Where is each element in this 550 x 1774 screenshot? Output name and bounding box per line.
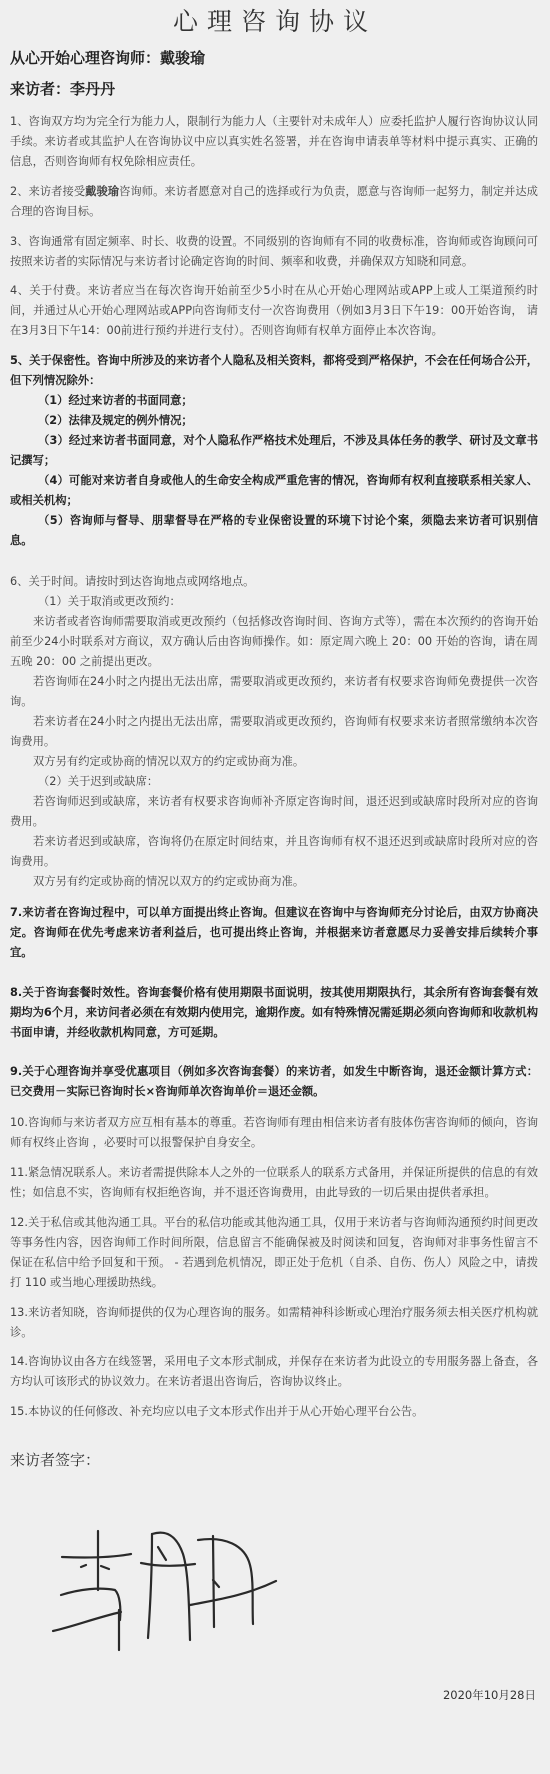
clause-9: 9.关于心理咨询并享受优惠项目（例如多次咨询套餐）的来访者，如发生中断咨询，退还… <box>10 1062 538 1102</box>
clause-14: 14.咨询协议由各方在线签署，采用电子文本形式制成，并保存在来访者为此设立的专用… <box>10 1352 538 1392</box>
clause-8: 8.关于咨询套餐时效性。咨询套餐价格有使用期限书面说明，按其使用期限执行，其余所… <box>10 983 538 1043</box>
clause-2-pre: 2、来访者接受 <box>10 185 85 198</box>
clause-15: 15.本协议的任何修改、补充均应以电子文本形式作出并于从心开始心理平台公告。 <box>10 1402 538 1422</box>
clause-5-item-3: （3）经过来访者书面同意，对个人隐私作严格技术处理后，不涉及具体任务的教学、研讨… <box>10 431 538 471</box>
clause-7: 7.来访者在咨询过程中，可以单方面提出终止咨询。但建议在咨询中与咨询师充分讨论后… <box>10 903 538 963</box>
counselor-name: 戴骏瑜 <box>85 185 119 198</box>
clause-1: 1、咨询双方均为完全行为能力人，限制行为能力人（主要针对未成年人）应委托监护人履… <box>10 112 538 172</box>
clause-6-sub1-para-1: 来访者或者咨询师需要取消或更改预约（包括修改咨询时间、咨询方式等），需在本次预约… <box>10 612 538 672</box>
clause-6: 6、关于时间。请按时到达咨询地点或网络地点。 <box>10 572 538 592</box>
clause-3: 3、咨询通常有固定频率、时长、收费的设置。不同级别的咨询师有不同的收费标准，咨询… <box>10 232 538 272</box>
clause-11: 11.紧急情况联系人。来访者需提供除本人之外的一位联系人的联系方式备用，并保证所… <box>10 1163 538 1203</box>
page-title: 心理咨询协议 <box>0 2 550 42</box>
clause-5: 5、关于保密性。咨询中所涉及的来访者个人隐私及相关资料，都将受到严格保护，不会在… <box>10 351 538 391</box>
clause-5-item-4: （4）可能对来访者自身或他人的生命安全构成严重危害的情况，咨询师有权利直接联系相… <box>10 471 538 511</box>
clause-6-sub2-para-3: 双方另有约定或协商的情况以双方的约定或协商为准。 <box>10 872 538 892</box>
client-line: 来访者：李丹丹 <box>10 79 538 99</box>
clause-6-sub1-title: （1）关于取消或更改预约： <box>10 592 538 612</box>
clause-4: 4、关于付费。来访者应当在每次咨询开始前至少5小时在从心开始心理网站或APP上或… <box>10 281 538 341</box>
clause-6-sub1-para-2: 若咨询师在24小时之内提出无法出席，需要取消或更改预约，来访者有权要求咨询师免费… <box>10 672 538 712</box>
clause-6-sub2-para-2: 若来访者迟到或缺席，咨询将仍在原定时间结束，并且咨询师有权不退还迟到或缺席时段所… <box>10 832 538 872</box>
clause-13: 13.来访者知晓，咨询师提供的仅为心理咨询的服务。如需精神科诊断或心理治疗服务须… <box>10 1303 538 1343</box>
clause-5-item-1: （1）经过来访者的书面同意； <box>10 391 538 411</box>
clause-2: 2、来访者接受戴骏瑜咨询师。来访者愿意对自己的选择或行为负责，愿意与咨询师一起努… <box>10 182 538 222</box>
clause-12: 12.关于私信或其他沟通工具。平台的私信功能或其他沟通工具，仅用于来访者与咨询师… <box>10 1213 538 1293</box>
clause-10: 10.咨询师与来访者双方应互相有基本的尊重。若咨询师有理由相信来访者有肢体伤害咨… <box>10 1113 538 1153</box>
signature-date: 2020年10月28日 <box>443 1687 536 1703</box>
clause-5-item-5: （5）咨询师与督导、朋辈督导在严格的专业保密设置的环境下讨论个案，须隐去来访者可… <box>10 511 538 551</box>
clause-6-sub2-para-1: 若咨询师迟到或缺席，来访者有权要求咨询师补齐原定咨询时间，退还迟到或缺席时段所对… <box>10 792 538 832</box>
clause-5-item-2: （2）法律及规定的例外情况； <box>10 411 538 431</box>
counselor-line: 从心开始心理咨询师：戴骏瑜 <box>10 48 538 68</box>
signature-label: 来访者签字： <box>10 1449 538 1470</box>
clause-6-sub1-para-3: 若来访者在24小时之内提出无法出席，需要取消或更改预约，咨询师有权要求来访者照常… <box>10 712 538 752</box>
clause-6-sub1-para-4: 双方另有约定或协商的情况以双方的约定或协商为准。 <box>10 752 538 772</box>
clause-6-sub2-title: （2）关于迟到或缺席： <box>10 772 538 792</box>
